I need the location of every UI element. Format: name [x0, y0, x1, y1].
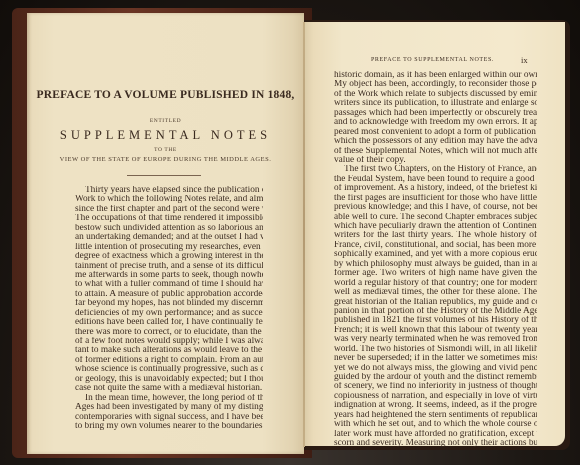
text-line: In the mean time, however, the long peri… — [75, 394, 263, 403]
text-line: never be superseded; if in the latter we… — [334, 354, 537, 363]
text-line: degree of exactness which a growing inte… — [75, 252, 263, 261]
text-line: tant to make such alterations as would l… — [75, 346, 263, 355]
text-line: passages which had been imperfectly or o… — [334, 109, 537, 118]
to-the-label: TO THE — [27, 147, 304, 153]
text-line: there was more to correct, or to elucida… — [75, 328, 263, 337]
page-number: ix — [521, 55, 528, 65]
text-line: by which philosophy must always be guide… — [334, 260, 537, 269]
work-subtitle: VIEW OF THE STATE OF EUROPE DURING THE M… — [27, 156, 304, 163]
text-line: an undertaking demanded; and at the outs… — [75, 233, 263, 242]
text-line: little intention of prosecuting my resea… — [75, 243, 263, 252]
text-line: published in 1821 the first volumes of h… — [334, 316, 537, 325]
preface-heading: PREFACE TO A VOLUME PUBLISHED IN 1848, — [27, 89, 304, 101]
text-line: years had heightened the stern sentiment… — [334, 411, 537, 420]
text-line: with which he set out, and to which the … — [334, 420, 537, 429]
text-line: since the first chapter and part of the … — [75, 205, 263, 214]
text-line: former age. Two writers of high name hav… — [334, 269, 537, 278]
text-line: whose science is continually progressive… — [75, 365, 263, 374]
text-line: of scenery, we find no inferiority in ju… — [334, 382, 537, 391]
text-line: world. The two histories of Sismondi wil… — [334, 345, 537, 354]
text-line: which the possessors of any edition may … — [334, 137, 537, 146]
text-line: historic domain, as it has been enlarged… — [334, 71, 537, 80]
text-line: indignation at wrong. It seems, indeed, … — [334, 401, 537, 410]
text-line: writers since its publication, to illust… — [334, 99, 537, 108]
text-line: France, civil, constitutional, and socia… — [334, 241, 537, 250]
text-line: previous knowledge; and this I have, of … — [334, 203, 537, 212]
text-line: to attain. A measure of public approbati… — [75, 290, 263, 299]
text-line: me afterwards in some parts to seek, tho… — [75, 271, 263, 280]
text-line: able well to cure. The second Chapter em… — [334, 213, 537, 222]
text-line: tainment of precise truth, and a sense o… — [75, 262, 263, 271]
text-line: or geology, this is unavoidably expected… — [75, 375, 263, 384]
text-line: of these Supplemental Notes, which will … — [334, 147, 537, 156]
text-line: far beyond my hopes, has not blinded my … — [75, 299, 263, 308]
text-line: contemporaries with signal success, and … — [75, 413, 263, 422]
text-line: the Feudal System, have been found to re… — [334, 175, 537, 184]
text-line: to bring my own volumes nearer to the bo… — [75, 422, 263, 431]
text-line: editions have been called for, I have co… — [75, 318, 263, 327]
text-line: sophically examined, and yet with a more… — [334, 250, 537, 259]
text-line: of the Work which relate to subjects dis… — [334, 90, 537, 99]
text-line: Ages had been investigated by many of my… — [75, 403, 263, 412]
text-line: the first pages are insufficient for tho… — [334, 194, 537, 203]
entitled-label: ENTITLED — [27, 118, 304, 124]
text-line: which have peculiarly drawn the attentio… — [334, 222, 537, 231]
text-line: value of their copy. — [334, 156, 537, 165]
left-page-body: Thirty years have elapsed since the publ… — [75, 186, 263, 431]
text-line: deficiencies of my own performance; and … — [75, 309, 263, 318]
text-line: French; it is well known that this labou… — [334, 326, 537, 335]
right-page-body: historic domain, as it has been enlarged… — [334, 71, 537, 449]
text-line: of former editions a right to complain. … — [75, 356, 263, 365]
text-line: guided by the ardour of youth and the di… — [334, 373, 537, 382]
running-head: PREFACE TO SUPPLEMENTAL NOTES. — [371, 57, 494, 63]
text-line: world a regular history of that country;… — [334, 279, 537, 288]
text-line: yet we do not always miss, the glowing a… — [334, 364, 537, 373]
text-line: Work to which the following Notes relate… — [75, 195, 263, 204]
text-line: to what with a fuller command of time I … — [75, 280, 263, 289]
text-line: and to acknowledge with freedom my own e… — [334, 118, 537, 127]
text-line: of a few foot notes would supply; while … — [75, 337, 263, 346]
text-line: My object has been, accordingly, to reco… — [334, 80, 537, 89]
text-line: copiousness of narration, and especially… — [334, 392, 537, 401]
text-line: later work must have afforded no gratifi… — [334, 430, 537, 439]
text-line: writers for the last thirty years. The w… — [334, 231, 537, 240]
supplemental-notes-title: SUPPLEMENTAL NOTES — [27, 128, 304, 143]
text-line: Thirty years have elapsed since the publ… — [75, 186, 263, 195]
text-line: case not quite the same with a mediæval … — [75, 384, 263, 393]
text-line: peared most convenient to adopt a form o… — [334, 128, 537, 137]
text-line: great historian of the Italian republics… — [334, 298, 537, 307]
text-line: was very nearly terminated when he was r… — [334, 335, 537, 344]
text-line: bestow such undivided attention as so la… — [75, 224, 263, 233]
text-line: The occupations of that time rendered it… — [75, 214, 263, 223]
text-line: panion in that portion of the History of… — [334, 307, 537, 316]
title-divider — [127, 175, 201, 176]
text-line: of improvement. As a history, indeed, of… — [334, 184, 537, 193]
text-line: scorn and severity. Measuring not only t… — [334, 439, 537, 448]
text-line: The first two Chapters, on the History o… — [334, 165, 537, 174]
text-line: well as mediæval times, the other for th… — [334, 288, 537, 297]
book-gutter — [303, 22, 305, 447]
